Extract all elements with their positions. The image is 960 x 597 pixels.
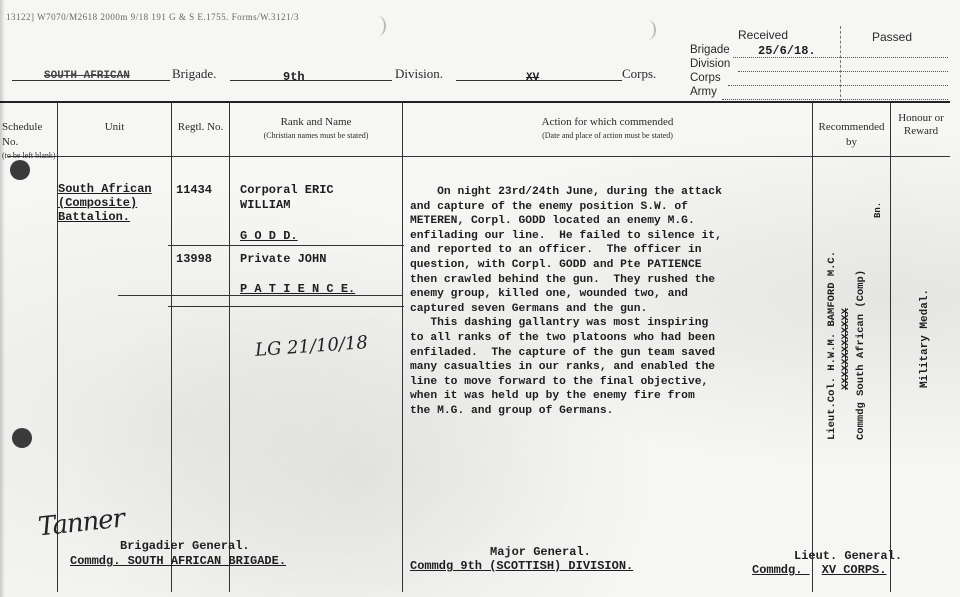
routing-row-line xyxy=(738,71,948,72)
brigade-value: SOUTH AFRICAN xyxy=(44,70,130,82)
recommended-by-line-3: Commdg South African (Comp) xyxy=(855,178,868,440)
action-line: METEREN, Corpl. GODD located an enemy M.… xyxy=(410,214,722,229)
unit-line: (Composite) xyxy=(58,196,152,210)
header-honour-title: Honour or Reward xyxy=(898,112,944,137)
corps-value: XV xyxy=(526,72,539,84)
header-rank-name: Rank and Name (Christian names must be s… xyxy=(230,115,402,142)
column-divider xyxy=(229,102,230,592)
brigade-signatory-title: Brigadier General. xyxy=(120,539,250,553)
print-reference-line: 13122] W7070/M2618 2000m 9/18 191 G & S … xyxy=(6,12,299,22)
recommended-by-line-1: Lieut.Col. H.W.M. BAMFORD M.C. xyxy=(826,178,839,440)
division-signatory-title: Major General. xyxy=(490,545,591,559)
row-separator xyxy=(168,245,404,246)
action-line: line to move forward to the final object… xyxy=(410,375,722,390)
division-value: 9th xyxy=(283,70,305,84)
header-rank-title: Rank and Name xyxy=(281,116,352,128)
page-edge-shadow xyxy=(0,0,5,597)
routing-row-line xyxy=(728,85,948,86)
action-line: enfilading our line. He failed to silenc… xyxy=(410,229,722,244)
routing-row-army-label: Army xyxy=(690,86,717,98)
brigade-label: Brigade. xyxy=(172,66,216,82)
unit-line: Battalion. xyxy=(58,210,152,224)
header-regtl-title: Regtl. No. xyxy=(178,121,224,133)
column-divider xyxy=(890,102,891,592)
action-line: then crawled behind the gun. They rushed… xyxy=(410,273,722,288)
header-recommended-title: Recommended by xyxy=(819,121,885,148)
surname-2: P A T I E N C E. xyxy=(240,282,355,296)
unit-cell: South African (Composite) Battalion. xyxy=(58,182,152,224)
action-line: On night 23rd/24th June, during the atta… xyxy=(410,185,722,200)
brigadier-signature: Tanner xyxy=(37,504,126,543)
header-bottom-rule xyxy=(8,156,950,157)
action-line: the M.G. and group of Germans. xyxy=(410,404,722,419)
punch-hole-mark-icon xyxy=(370,16,386,36)
rank-name-line: Corporal ERIC xyxy=(240,183,334,198)
brigade-signatory-command: Commdg. SOUTH AFRICAN BRIGADE. xyxy=(70,554,286,568)
action-line: This dashing gallantry was most inspirin… xyxy=(410,316,722,331)
unit-line: South African xyxy=(58,182,152,196)
action-line: question, with Corpl. GODD and Pte PATIE… xyxy=(410,258,722,273)
header-unit: Unit xyxy=(58,120,171,135)
rank-name-2: Private JOHN xyxy=(240,252,326,266)
routing-row-corps-label: Corps xyxy=(690,72,721,84)
regtl-no-2: 13998 xyxy=(176,252,212,266)
corps-signatory-title: Lieut. General. xyxy=(794,549,902,563)
action-line: and reported to an officer. The officer … xyxy=(410,243,722,258)
header-schedule-sub: (to be left blank) xyxy=(2,150,59,162)
action-line: enfiladed. The capture of the gun team s… xyxy=(410,346,722,361)
header-recommended: Recommended by xyxy=(813,120,890,150)
division-field-line xyxy=(230,80,392,81)
action-line: captured seven Germans and the gun. xyxy=(410,302,722,317)
action-line: enemy group, killed one, wounded two, an… xyxy=(410,287,722,302)
header-action-sub: (Date and place of action must be stated… xyxy=(403,130,812,142)
header-rank-sub: (Christian names must be stated) xyxy=(230,130,402,142)
column-divider xyxy=(402,102,403,592)
regtl-no-1: 11434 xyxy=(176,183,212,197)
gazette-note: LG 21/10/18 xyxy=(254,332,368,361)
header-unit-title: Unit xyxy=(105,121,125,133)
header-regtl: Regtl. No. xyxy=(172,120,229,135)
header-schedule-title: Schedule No. xyxy=(2,121,42,148)
routing-row-line xyxy=(722,99,948,100)
routing-row-brigade-received: 25/6/18. xyxy=(758,44,816,58)
corps-command-prefix: Commdg. xyxy=(752,563,802,577)
routing-row-brigade-label: Brigade xyxy=(690,44,730,56)
binder-hole-icon xyxy=(12,428,32,448)
punch-hole-mark-icon xyxy=(640,20,656,40)
row-separator xyxy=(118,295,402,296)
recommended-by-line-4: Bn. xyxy=(872,178,884,218)
header-action-title: Action for which commended xyxy=(542,116,674,128)
routing-row-line xyxy=(733,57,948,58)
column-divider xyxy=(812,102,813,592)
rank-name-1: Corporal ERIC WILLIAM xyxy=(240,183,334,213)
header-action: Action for which commended (Date and pla… xyxy=(403,115,812,142)
action-line: many casualties in our ranks, and enable… xyxy=(410,360,722,375)
corps-label: Corps. xyxy=(622,66,656,82)
received-label: Received xyxy=(738,28,788,42)
passed-label: Passed xyxy=(872,30,912,44)
division-label: Division. xyxy=(395,66,443,82)
honour-value: Military Medal. xyxy=(918,228,932,388)
corps-command-unit: XV CORPS. xyxy=(822,563,887,577)
action-line: when it was held up by the enemy fire fr… xyxy=(410,389,722,404)
routing-divider xyxy=(840,26,841,102)
table-top-rule xyxy=(0,101,950,103)
action-line: and capture of the enemy position S.W. o… xyxy=(410,200,722,215)
rank-name-line: Private JOHN xyxy=(240,252,326,266)
rank-name-line: WILLIAM xyxy=(240,198,334,213)
row-separator xyxy=(168,306,404,307)
honours-recommendation-form: 13122] W7070/M2618 2000m 9/18 191 G & S … xyxy=(0,0,960,597)
column-divider xyxy=(171,102,172,592)
header-honour: Honour or Reward xyxy=(891,112,951,138)
action-line: to all ranks of the two platoons who had… xyxy=(410,331,722,346)
header-schedule: Schedule No. (to be left blank) xyxy=(0,120,59,162)
action-text: On night 23rd/24th June, during the atta… xyxy=(410,185,722,419)
recommended-by-line-2: XXXXXXXXXXXXX xyxy=(840,200,853,390)
binder-hole-icon xyxy=(10,160,30,180)
division-signatory-command: Commdg 9th (SCOTTISH) DIVISION. xyxy=(410,559,633,573)
surname-1: G O D D. xyxy=(240,229,298,243)
routing-row-division-label: Division xyxy=(690,58,730,70)
corps-signatory-command: Commdg. XV CORPS. xyxy=(752,563,886,577)
